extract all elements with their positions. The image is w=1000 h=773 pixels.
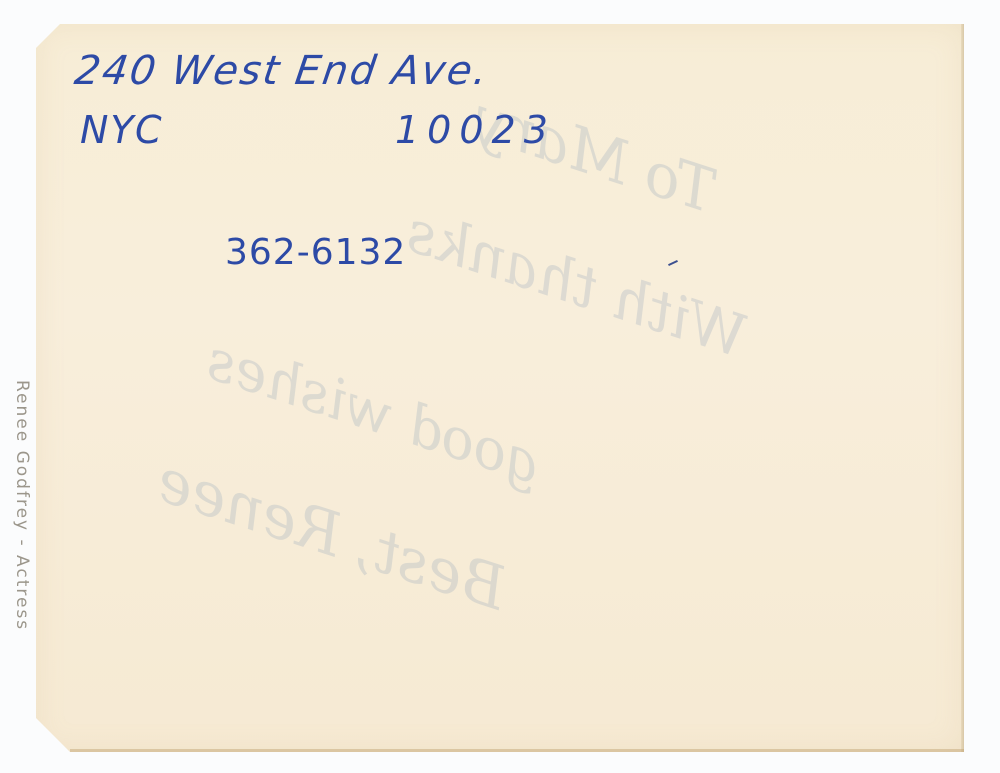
address-city: NYC bbox=[80, 108, 164, 152]
address-street: 240 West End Ave. bbox=[72, 48, 492, 94]
pencil-annotation: Renee Godfrey - Actress bbox=[12, 380, 32, 720]
address-zip: 10023 bbox=[395, 108, 556, 152]
paper-edge-bottom bbox=[70, 749, 964, 752]
paper-edge-right bbox=[961, 24, 964, 752]
phone-number: 362-6132 bbox=[225, 232, 406, 273]
